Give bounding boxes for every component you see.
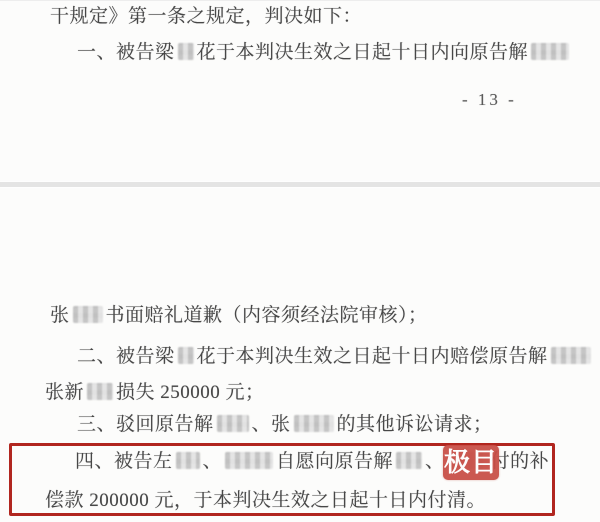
page-break-divider — [0, 182, 600, 187]
text-segment: 付的补 — [491, 451, 550, 472]
text-segment: 二、被告梁 — [77, 346, 175, 367]
redaction-blur — [225, 452, 273, 469]
redaction-blur — [178, 347, 194, 364]
line-item-4-continued: 偿款 200000 元，于本判决生效之日起十日内付清。 — [45, 489, 486, 512]
redaction-blur — [551, 347, 591, 364]
redaction-blur — [396, 452, 422, 469]
line-ruling-intro: 干规定》第一条之规定，判决如下： — [50, 5, 362, 28]
text-segment: 、 — [203, 451, 223, 472]
text-segment: 三、驳回原告解 — [77, 414, 214, 435]
redaction-blur — [294, 415, 334, 432]
page-number: - 13 - — [462, 90, 517, 110]
judgment-document-photo: 干规定》第一条之规定，判决如下：一、被告梁花于本判决生效之日起十日内向原告解张书… — [0, 0, 600, 522]
line-item-2-continued: 张新损失 250000 元； — [45, 381, 265, 404]
text-segment: 张 — [50, 305, 70, 326]
text-segment: 干规定》第一条之规定，判决如下： — [50, 6, 362, 27]
redaction-blur — [531, 43, 569, 60]
text-segment: 张新 — [45, 382, 84, 403]
text-segment: 书面赔礼道歉（内容须经法院审核）； — [106, 305, 428, 326]
line-item-3: 三、驳回原告解、张的其他诉讼请求； — [77, 413, 493, 436]
text-segment: 四、被告左 — [75, 451, 173, 472]
text-segment: 、 — [425, 451, 445, 472]
line-item-2: 二、被告梁花于本判决生效之日起十日内赔偿原告解 — [77, 345, 594, 368]
redaction-blur — [73, 306, 103, 323]
line-item-1: 一、被告梁花于本判决生效之日起十日内向原告解 — [77, 41, 572, 64]
text-segment: 的其他诉讼请求； — [337, 414, 493, 435]
text-segment: 偿款 200000 元，于本判决生效之日起十日内付清。 — [45, 490, 486, 511]
line-apology: 张书面赔礼道歉（内容须经法院审核）； — [50, 304, 428, 327]
jimu-news-watermark: 极目 — [443, 445, 499, 480]
text-segment: 花于本判决生效之日起十日内赔偿原告解 — [197, 346, 548, 367]
text-segment: 损失 250000 元； — [116, 382, 265, 403]
redaction-blur — [87, 383, 113, 400]
text-segment: 自愿向原告解 — [276, 451, 393, 472]
redaction-blur — [176, 452, 200, 469]
text-segment: 、张 — [252, 414, 291, 435]
text-segment: 一、被告梁 — [77, 42, 175, 63]
redaction-blur — [217, 415, 249, 432]
redaction-blur — [178, 43, 194, 60]
text-segment: 花于本判决生效之日起十日内向原告解 — [197, 42, 529, 63]
